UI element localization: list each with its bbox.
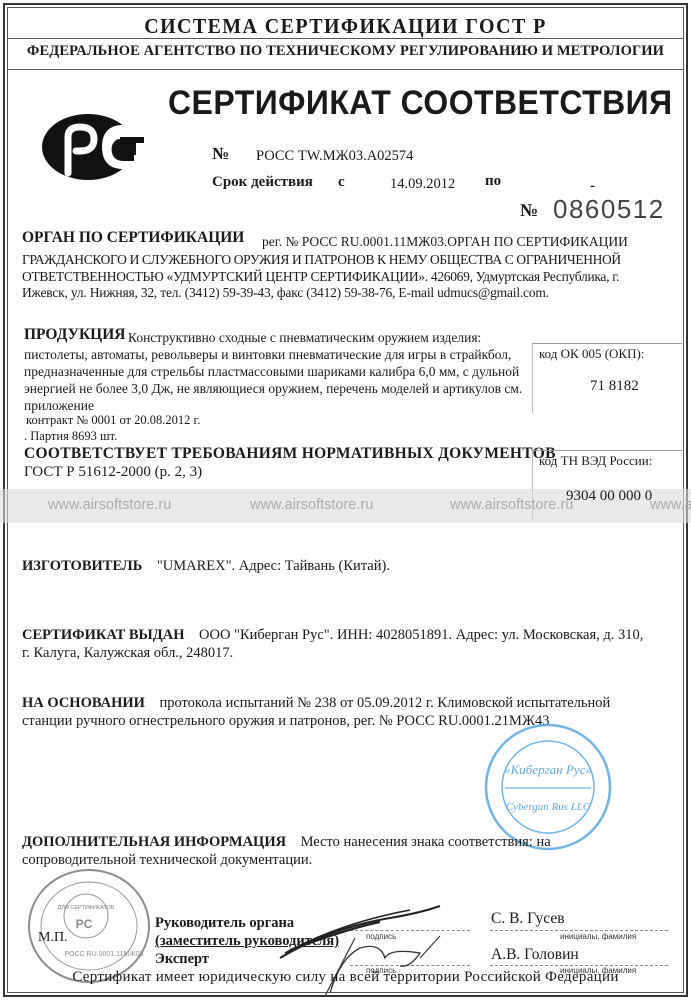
svg-text:ДЛЯ СЕРТИФИКАТОВ: ДЛЯ СЕРТИФИКАТОВ	[58, 905, 115, 911]
product-contract: контракт № 0001 от 20.08.2012 г.	[26, 413, 200, 428]
additional-line-1: ДОПОЛНИТЕЛЬНАЯ ИНФОРМАЦИЯ Место нанесени…	[22, 834, 551, 851]
requirements-document: ГОСТ Р 51612-2000 (р. 2, 3)	[24, 464, 202, 481]
head-name: С. В. Гусев	[491, 910, 565, 928]
serial-number: 0860512	[553, 194, 665, 225]
expert-role: Эксперт	[155, 951, 209, 968]
product-description: Конструктивно сходные с пневматическим о…	[24, 329, 524, 414]
validity-label: Срок действия	[212, 174, 313, 191]
header-divider-2	[7, 69, 684, 70]
okp-code-value: 71 8182	[590, 378, 639, 395]
additional-value-1: Место нанесения знака соответствия: на	[301, 834, 551, 850]
organ-heading: ОРГАН ПО СЕРТИФИКАЦИИ	[22, 229, 244, 247]
issued-heading: СЕРТИФИКАТ ВЫДАН	[22, 627, 185, 643]
system-title: СИСТЕМА СЕРТИФИКАЦИИ ГОСТ Р	[17, 14, 673, 39]
issued-value-1: ООО "Киберган Рус". ИНН: 4028051891. Адр…	[199, 627, 643, 643]
company-stamp-icon: «Киберган Рус» Cybergun Rus LLC	[483, 722, 613, 852]
product-batch: . Партия 8693 шт.	[24, 429, 117, 444]
validity-from-date: 14.09.2012	[390, 176, 455, 193]
organ-seal-icon: ДЛЯ СЕРТИФИКАТОВ PC РОСС RU.0001.11МЖ03	[24, 866, 154, 986]
organ-line-2: ГРАЖДАНСКОГО И СЛУЖЕБНОГО ОРУЖИЯ И ПАТРО…	[22, 252, 621, 268]
head-name-caption: инициалы, фамилия	[560, 932, 636, 941]
watermark-text: www.airsoftstore.ru	[250, 497, 373, 513]
tnved-code-label: код ТН ВЭД России:	[539, 453, 652, 469]
certificate-title: СЕРТИФИКАТ СООТВЕТСТВИЯ	[168, 84, 673, 123]
validity-to-date: -	[590, 178, 595, 195]
additional-heading: ДОПОЛНИТЕЛЬНАЯ ИНФОРМАЦИЯ	[22, 834, 286, 850]
svg-text:«Киберган Рус»: «Киберган Рус»	[504, 762, 592, 777]
svg-text:Cybergun Rus LLC: Cybergun Rus LLC	[506, 801, 591, 813]
watermark-text: www.airsoftstore.ru	[650, 497, 691, 513]
manufacturer-line: ИЗГОТОВИТЕЛЬ "UMAREX". Адрес: Тайвань (К…	[22, 558, 390, 575]
rst-logo-icon	[32, 107, 150, 187]
tnved-code-value: 9304 00 000 0	[566, 488, 652, 505]
basis-heading: НА ОСНОВАНИИ	[22, 695, 145, 711]
okp-code-label: код ОК 005 (ОКП):	[539, 346, 644, 362]
expert-name: А.В. Головин	[491, 946, 579, 964]
basis-value-2: станции ручного огнестрельного оружия и …	[22, 713, 549, 730]
basis-line-1: НА ОСНОВАНИИ протокола испытаний № 238 о…	[22, 695, 610, 712]
validity-to-label: по	[485, 173, 501, 190]
svg-text:РОСС RU.0001.11МЖ03: РОСС RU.0001.11МЖ03	[65, 951, 144, 958]
agency-name: ФЕДЕРАЛЬНОЕ АГЕНТСТВО ПО ТЕХНИЧЕСКОМУ РЕ…	[0, 43, 691, 60]
organ-line-1: рег. № РОСС RU.0001.11МЖ03.ОРГАН ПО СЕРТ…	[262, 234, 628, 250]
basis-value-1: протокола испытаний № 238 от 05.09.2012 …	[159, 695, 610, 711]
requirements-heading: СООТВЕТСТВУЕТ ТРЕБОВАНИЯМ НОРМАТИВНЫХ ДО…	[24, 445, 556, 463]
seal-label: М.П.	[38, 930, 68, 946]
issued-line-1: СЕРТИФИКАТ ВЫДАН ООО "Киберган Рус". ИНН…	[22, 627, 643, 644]
watermark-text: www.airsoftstore.ru	[48, 497, 171, 513]
issued-value-2: г. Калуга, Калужская обл., 248017.	[22, 645, 233, 662]
number-sign: №	[212, 144, 229, 164]
serial-sign: №	[520, 200, 538, 221]
validity-from-label: с	[338, 174, 345, 191]
watermark-text: www.airsoftstore.ru	[450, 497, 573, 513]
certificate-number: РОСС TW.МЖ03.А02574	[256, 148, 413, 165]
footer-legal-note: Сертификат имеет юридическую силу на все…	[0, 969, 691, 986]
svg-text:PC: PC	[76, 917, 93, 931]
head-name-line	[490, 930, 668, 931]
manufacturer-heading: ИЗГОТОВИТЕЛЬ	[22, 558, 142, 574]
manufacturer-value: "UMAREX". Адрес: Тайвань (Китай).	[157, 558, 390, 574]
organ-line-3: ОТВЕТСТВЕННОСТЬЮ «УДМУРТСКИЙ ЦЕНТР СЕРТИ…	[22, 269, 619, 285]
organ-line-4: Ижевск, ул. Нижняя, 32, тел. (3412) 59-3…	[22, 285, 549, 301]
